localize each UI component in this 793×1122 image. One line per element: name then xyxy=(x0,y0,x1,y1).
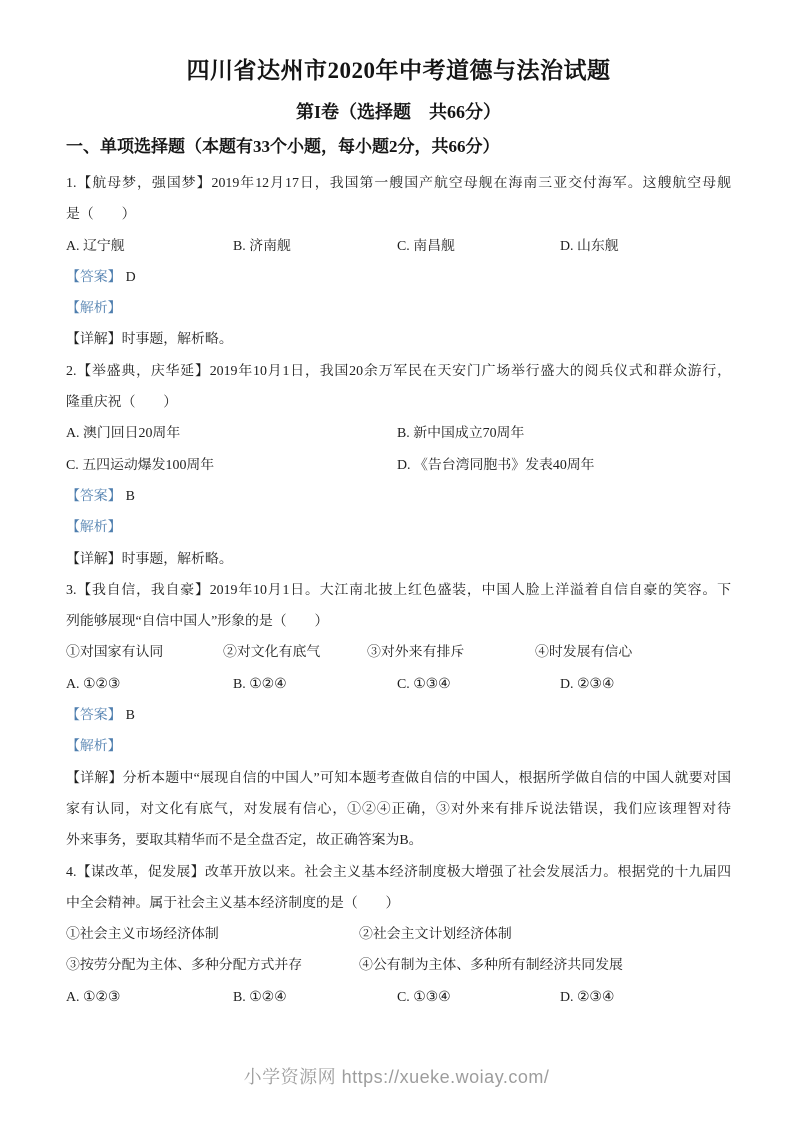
options-row: C. 五四运动爆发100周年 D. 《告台湾同胞书》发表40周年 xyxy=(66,450,731,481)
sub-option-4: ④时发展有信心 xyxy=(535,637,731,668)
sub-option-3: ③按劳分配为主体、多种分配方式并存 xyxy=(66,950,359,981)
detail-text: 时事题，解析略。 xyxy=(122,332,233,347)
sub-options-row: ③按劳分配为主体、多种分配方式并存 ④公有制为主体、多种所有制经济共同发展 xyxy=(66,950,731,981)
sub-options-row: ①对国家有认同 ②对文化有底气 ③对外来有排斥 ④时发展有信心 xyxy=(66,637,731,668)
question-4: 4.【谋改革，促发展】改革开放以来。社会主义基本经济制度极大增强了社会发展活力。… xyxy=(66,857,731,1013)
stem-line: 2.【举盛典，庆华延】2019年10月1日，我国20余万军民在天安门广场举行盛大… xyxy=(66,356,731,387)
option-d: D. ②③④ xyxy=(560,669,731,700)
option-d: D. ②③④ xyxy=(560,982,731,1013)
sub-option-2: ②对文化有底气 xyxy=(223,637,367,668)
detail-line: 【详解】时事题，解析略。 xyxy=(66,544,731,575)
answer-label: 【答案】 xyxy=(66,489,122,504)
option-c: C. 五四运动爆发100周年 xyxy=(66,450,397,481)
detail-label: 【详解】 xyxy=(66,552,122,567)
analysis-label: 【解析】 xyxy=(66,293,731,324)
option-a: A. ①②③ xyxy=(66,669,233,700)
stem-line: 4.【谋改革，促发展】改革开放以来。社会主义基本经济制度极大增强了社会发展活力。… xyxy=(66,857,731,888)
stem-line: 1.【航母梦，强国梦】2019年12月17日，我国第一艘国产航空母舰在海南三亚交… xyxy=(66,168,731,199)
options-row: A. 澳门回日20周年 B. 新中国成立70周年 xyxy=(66,418,731,449)
detail-line: 【详解】分析本题中“展现自信的中国人”可知本题考查做自信的中国人，根据所学做自信… xyxy=(66,763,731,794)
option-d: D. 《告台湾同胞书》发表40周年 xyxy=(397,450,731,481)
option-b: B. 济南舰 xyxy=(233,231,397,262)
answer-value: B xyxy=(126,708,135,723)
option-d: D. 山东舰 xyxy=(560,231,731,262)
detail-text: 时事题，解析略。 xyxy=(122,552,233,567)
stem-line: 隆重庆祝（ ） xyxy=(66,387,731,418)
option-a: A. 澳门回日20周年 xyxy=(66,418,397,449)
option-a: A. 辽宁舰 xyxy=(66,231,233,262)
stem-line: 中全会精神。属于社会主义基本经济制度的是（ ） xyxy=(66,888,731,919)
sub-option-2: ②社会主文计划经济体制 xyxy=(359,919,731,950)
analysis-label: 【解析】 xyxy=(66,512,731,543)
detail-label: 【详解】 xyxy=(66,332,122,347)
option-a: A. ①②③ xyxy=(66,982,233,1013)
answer-value: B xyxy=(126,489,135,504)
answer-line: 【答案】B xyxy=(66,481,731,512)
option-c: C. 南昌舰 xyxy=(397,231,560,262)
answer-label: 【答案】 xyxy=(66,708,122,723)
options-row: A. ①②③ B. ①②④ C. ①③④ D. ②③④ xyxy=(66,982,731,1013)
answer-label: 【答案】 xyxy=(66,270,122,285)
detail-line: 家有认同，对文化有底气，对发展有信心，①②④正确，③对外来有排斥说法错误，我们应… xyxy=(66,794,731,825)
option-c: C. ①③④ xyxy=(397,982,560,1013)
document-page: 四川省达州市2020年中考道德与法治试题 第I卷（选择题 共66分） 一、单项选… xyxy=(0,0,793,1122)
detail-line: 外来事务，要取其精华而不是全盘否定，故正确答案为B。 xyxy=(66,825,731,856)
stem-line: 3.【我自信，我自豪】2019年10月1日。大江南北披上红色盛装，中国人脸上洋溢… xyxy=(66,575,731,606)
sub-option-1: ①社会主义市场经济体制 xyxy=(66,919,359,950)
question-2: 2.【举盛典，庆华延】2019年10月1日，我国20余万军民在天安门广场举行盛大… xyxy=(66,356,731,575)
sub-option-4: ④公有制为主体、多种所有制经济共同发展 xyxy=(359,950,731,981)
option-c: C. ①③④ xyxy=(397,669,560,700)
questions-block: 1.【航母梦，强国梦】2019年12月17日，我国第一艘国产航空母舰在海南三亚交… xyxy=(66,168,731,1013)
answer-line: 【答案】B xyxy=(66,700,731,731)
options-row: A. 辽宁舰 B. 济南舰 C. 南昌舰 D. 山东舰 xyxy=(66,231,731,262)
footer-watermark: 小学资源网 https://xueke.woiay.com/ xyxy=(0,1063,793,1089)
options-row: A. ①②③ B. ①②④ C. ①③④ D. ②③④ xyxy=(66,669,731,700)
question-3: 3.【我自信，我自豪】2019年10月1日。大江南北披上红色盛装，中国人脸上洋溢… xyxy=(66,575,731,857)
analysis-label: 【解析】 xyxy=(66,731,731,762)
sub-option-1: ①对国家有认同 xyxy=(66,637,223,668)
detail-line: 【详解】时事题，解析略。 xyxy=(66,324,731,355)
option-b: B. ①②④ xyxy=(233,982,397,1013)
sub-option-3: ③对外来有排斥 xyxy=(367,637,535,668)
option-b: B. ①②④ xyxy=(233,669,397,700)
paper-part-title: 第I卷（选择题 共66分） xyxy=(66,99,731,125)
page-title: 四川省达州市2020年中考道德与法治试题 xyxy=(66,56,731,86)
answer-value: D xyxy=(126,270,136,285)
stem-line: 列能够展现“自信中国人”形象的是（ ） xyxy=(66,606,731,637)
question-1: 1.【航母梦，强国梦】2019年12月17日，我国第一艘国产航空母舰在海南三亚交… xyxy=(66,168,731,356)
option-b: B. 新中国成立70周年 xyxy=(397,418,731,449)
answer-line: 【答案】D xyxy=(66,262,731,293)
section-heading: 一、单项选择题（本题有33个小题，每小题2分，共66分） xyxy=(66,134,731,160)
sub-options-row: ①社会主义市场经济体制 ②社会主文计划经济体制 xyxy=(66,919,731,950)
stem-line: 是（ ） xyxy=(66,199,731,230)
